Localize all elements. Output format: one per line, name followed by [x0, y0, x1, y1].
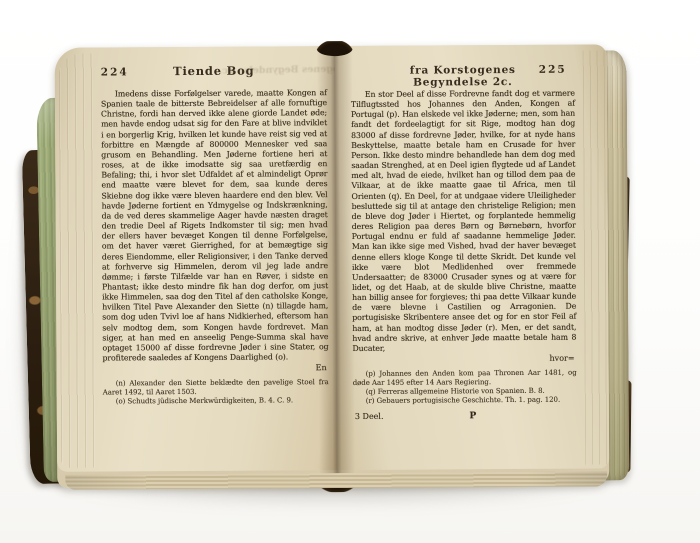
left-page: 224 Tiende Bog fra Korstogenes Begyndels…	[55, 46, 338, 472]
left-page-footnotes: (n) Alexander den Siette beklædte den pa…	[103, 378, 329, 407]
volume-signature: 3 Deel.	[355, 412, 384, 421]
open-book-photo: 224 Tiende Bog fra Korstogenes Begyndels…	[0, 0, 700, 543]
left-page-header: 224 Tiende Bog fra Korstogenes Begyndels…	[101, 63, 327, 84]
right-page: fra Korstogenes Begyndelse 2c. 225 En st…	[335, 44, 610, 470]
footnote: (r) Gebauers portugisische Geschichte. T…	[353, 396, 577, 406]
left-page-body-text: Imedens disse Forfølgelser varede, maatt…	[101, 88, 329, 364]
footnote: (n) Alexander den Siette beklædte den pa…	[103, 378, 329, 398]
footnote: (o) Schudts jüdische Merkwürdigkeiten, B…	[103, 397, 329, 407]
right-page-catchword: hvor=	[353, 354, 575, 364]
right-page-header: fra Korstogenes Begyndelse 2c. 225	[351, 64, 575, 85]
right-page-number: 225	[539, 64, 575, 76]
left-page-catchword: En	[103, 363, 327, 373]
right-page-body-text: En stor Deel af disse Fordrevne fandt do…	[351, 89, 577, 354]
signature-line: 3 Deel. P	[353, 411, 577, 422]
gathering-signature-mark: P	[469, 412, 476, 422]
right-running-title: fra Korstogenes Begyndelse 2c.	[387, 64, 539, 89]
footnote: (p) Johannes den Anden kom paa Thronen A…	[353, 369, 577, 389]
right-page-footnotes: (p) Johannes den Anden kom paa Thronen A…	[353, 369, 577, 407]
left-page-number: 224	[101, 66, 137, 78]
photo-scene: 224 Tiende Bog fra Korstogenes Begyndels…	[0, 0, 700, 543]
page-spread: 224 Tiende Bog fra Korstogenes Begyndels…	[55, 44, 610, 487]
bottom-page-edges	[65, 471, 607, 489]
